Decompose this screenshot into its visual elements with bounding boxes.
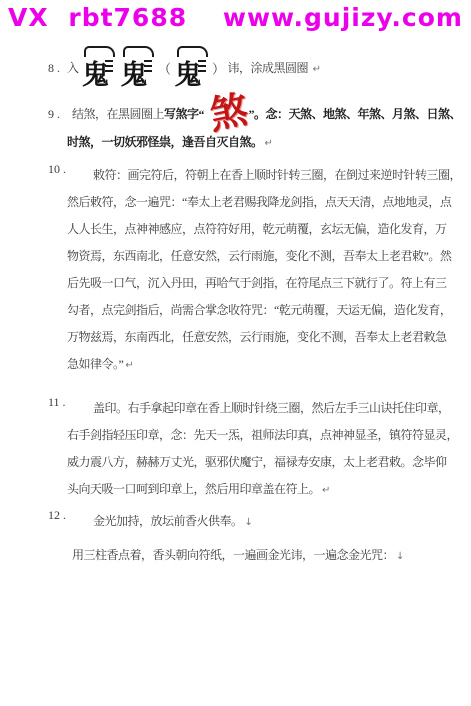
text-line: 后先吸一口气，沉入丹田，再哈气于剑指，在符尾点三下就行了。符上有三 [67, 270, 451, 297]
item11-last-line: 头向天吸一口呵到印章上，然后用印章盖在符上。 [67, 482, 320, 496]
item10-last-line: 急如律令。” [67, 357, 123, 371]
close-paren: ） [212, 61, 225, 76]
paragraph-mark: ↓ [245, 517, 253, 528]
open-paren: （ [158, 61, 171, 76]
watermark-account: rbt7688 [68, 3, 187, 33]
item8-text: 讳，涂成黑圆圈 [228, 61, 309, 75]
text-line: 用三柱香点着，香头朝向符纸，一遍画金光讳，一遍念金光咒：↓ [67, 542, 451, 570]
item9-bold-text: ”。念：天煞、地煞、年煞、月煞、日煞、 [249, 107, 462, 121]
text-line: 然后敕符，念一遍咒：“奉太上老君赐我降龙剑指，点天天清，点地地灵，点 [67, 189, 451, 216]
item-number: 9 . [48, 100, 60, 128]
watermark-header: VX rbt7688 www.gujizy.com [0, 3, 471, 33]
document-page: VX rbt7688 www.gujizy.com 8 . 入 鬼 鬼 （ 鬼 … [0, 0, 471, 706]
text-line: 威力震八方，赫赫万丈光，驱邪伏魔宁，福禄寿安康，太上老君敕。念毕仰 [67, 449, 451, 476]
paragraph-mark: ↵ [125, 360, 133, 371]
ghost-character: 鬼 [82, 62, 109, 89]
list-item-10: 10 . 敕符：画完符后，符朝上在香上顺时针转三圈，在倒过来逆时针转三圈， 然后… [0, 162, 471, 379]
paragraph-mark: ↵ [322, 485, 330, 496]
document-body: 8 . 入 鬼 鬼 （ 鬼 ） 讳，涂成黑圆圈 ↵ 9 . 结煞，在黑圆圈上写煞… [0, 44, 471, 570]
incantation-note-text: 用三柱香点着，香头朝向符纸，一遍画金光讳，一遍念金光咒： [72, 548, 394, 562]
text-line: 敕符：画完符后，符朝上在香上顺时针转三圈，在倒过来逆时针转三圈， [67, 162, 451, 189]
item9-normal-text: 结煞，在黑圆圈上 [72, 107, 164, 121]
item9-bold-text: 时煞，一切妖邪怪祟，逢吾自灭自煞。 [67, 135, 263, 149]
text-line: 金光加持，放坛前香火供奉。↓ [67, 508, 451, 536]
item12-text: 金光加持，放坛前香火供奉。 [93, 514, 243, 528]
text-line: 急如律令。”↵ [67, 351, 451, 379]
watermark-url: www.gujizy.com [223, 3, 463, 33]
paragraph-mark: ↵ [313, 64, 321, 75]
item-number: 8 . [48, 44, 60, 92]
item9-bold-text: 写煞字“ [164, 107, 204, 121]
text-line: 盖印。右手拿起印章在香上顺时针绕三圈，然后左手三山诀托住印章， [67, 395, 451, 422]
item-number: 12 . [48, 508, 66, 523]
ghost-taboo-glyph-3: 鬼 [175, 45, 209, 89]
ghost-taboo-glyph-2: 鬼 [121, 45, 155, 89]
text-line: 右手剑指轻压印章，念：先天一炁，祖师法印真，点神神显圣，镇符符显灵， [67, 422, 451, 449]
text-line: 头向天吸一口呵到印章上，然后用印章盖在符上。↵ [67, 476, 451, 504]
list-item-9: 9 . 结煞，在黑圆圈上写煞字“煞”。念：天煞、地煞、年煞、月煞、日煞、 时煞，… [0, 100, 471, 158]
list-item-12: 12 . 金光加持，放坛前香火供奉。↓ [0, 508, 471, 536]
text-line: 物资焉，东西南北，任意安然，云行雨施，变化不测，吾奉太上老君敕”。然 [67, 243, 451, 270]
watermark-vx-label: VX [8, 3, 49, 33]
list-item-11: 11 . 盖印。右手拿起印章在香上顺时针绕三圈，然后左手三山诀托住印章， 右手剑… [0, 395, 471, 504]
ghost-taboo-glyph-1: 鬼 [82, 45, 116, 89]
sha-calligraphy-glyph: 煞 [203, 91, 250, 138]
item-number: 10 . [48, 162, 66, 177]
text-line: 结煞，在黑圆圈上写煞字“煞”。念：天煞、地煞、年煞、月煞、日煞、 [67, 100, 451, 128]
item8-prefix: 入 [67, 61, 79, 75]
paragraph-mark: ↵ [265, 138, 273, 149]
list-item-8: 8 . 入 鬼 鬼 （ 鬼 ） 讳，涂成黑圆圈 ↵ [0, 44, 471, 94]
text-line: 万物兹焉，东南西北，任意安然，云行雨施，变化不测，吾奉太上老君敕急 [67, 324, 451, 351]
text-line: 勾者，点完剑指后，尚需合掌念收符咒：“乾元萌覆，天运无偏，造化发育， [67, 297, 451, 324]
paragraph-mark: ↓ [396, 551, 404, 562]
ghost-character: 鬼 [121, 62, 148, 89]
text-line: 时煞，一切妖邪怪祟，逢吾自灭自煞。↵ [67, 128, 451, 158]
text-line: 人人长生，点神神感应，点符符好用，乾元萌覆，玄坛无偏，造化发育，万 [67, 216, 451, 243]
paragraph-incantation-note: 用三柱香点着，香头朝向符纸，一遍画金光讳，一遍念金光咒：↓ [0, 542, 471, 570]
item-number: 11 . [48, 395, 66, 410]
ghost-character: 鬼 [175, 62, 202, 89]
